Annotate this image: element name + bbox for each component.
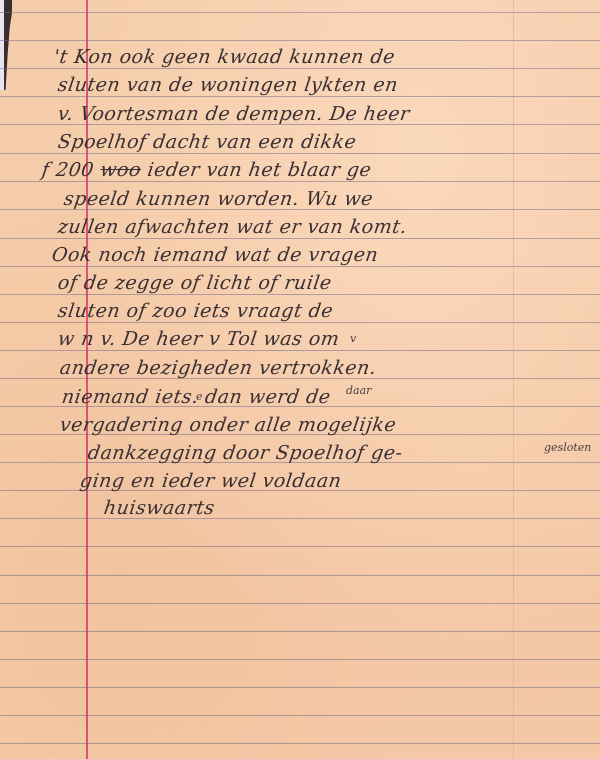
text-line-5: f 200 woo ieder van het blaar ge xyxy=(40,159,600,181)
ruled-line xyxy=(0,153,600,154)
ruled-line xyxy=(0,687,600,688)
ruled-line xyxy=(0,68,600,69)
ruled-line xyxy=(0,743,600,744)
ruled-line xyxy=(0,12,600,13)
superscript-daar: daar xyxy=(346,384,371,397)
ruled-line xyxy=(0,181,600,182)
ruled-line xyxy=(0,575,600,576)
text-line-11: w n v. De heer v Tol was om xyxy=(56,328,600,350)
ruled-line xyxy=(0,266,600,267)
ruled-line xyxy=(0,238,600,239)
ruled-line xyxy=(0,40,600,41)
text-line-3: v. Voortesman de dempen. De heer xyxy=(56,103,600,125)
superscript-v: v xyxy=(350,332,356,345)
ruled-line xyxy=(0,96,600,97)
text-line-14: vergadering onder alle mogelijke xyxy=(58,414,600,436)
ruled-line xyxy=(0,603,600,604)
torn-paper-edge xyxy=(0,0,14,90)
ruled-line xyxy=(0,546,600,547)
struck-word: woo xyxy=(99,159,143,181)
text-line-2: sluten van de woningen lykten en xyxy=(56,74,600,96)
text-line-10: sluten of zoo iets vraagt de xyxy=(56,300,600,322)
text-line-9: of de zegge of licht of ruile xyxy=(56,272,600,294)
text-line-1: 't Kon ook geen kwaad kunnen de xyxy=(52,46,600,68)
text-line-13: niemand iets. dan werd de xyxy=(60,386,600,408)
ruled-line xyxy=(0,350,600,351)
text-line-17: huiswaarts xyxy=(102,497,600,519)
text-line-16: ging en ieder wel voldaan xyxy=(78,470,600,492)
ruled-line xyxy=(0,322,600,323)
text-line-8: Ook noch iemand wat de vragen xyxy=(50,244,600,266)
superscript-gesloten: gesloten xyxy=(544,441,591,454)
text-line-4: Spoelhof dacht van een dikke xyxy=(56,131,600,153)
text-line-7: zullen afwachten wat er van komt. xyxy=(56,216,600,238)
ruled-line xyxy=(0,631,600,632)
ruled-line xyxy=(0,659,600,660)
superscript-e: e xyxy=(196,390,203,403)
handwritten-page: 't Kon ook geen kwaad kunnen de sluten v… xyxy=(0,0,600,759)
ruled-line xyxy=(0,715,600,716)
text-line-12: andere bezigheden vertrokken. xyxy=(58,357,600,379)
ruled-line xyxy=(0,294,600,295)
text-line-15: dankzegging door Spoelhof ge- xyxy=(86,442,600,464)
text-line-6: speeld kunnen worden. Wu we xyxy=(62,188,600,210)
